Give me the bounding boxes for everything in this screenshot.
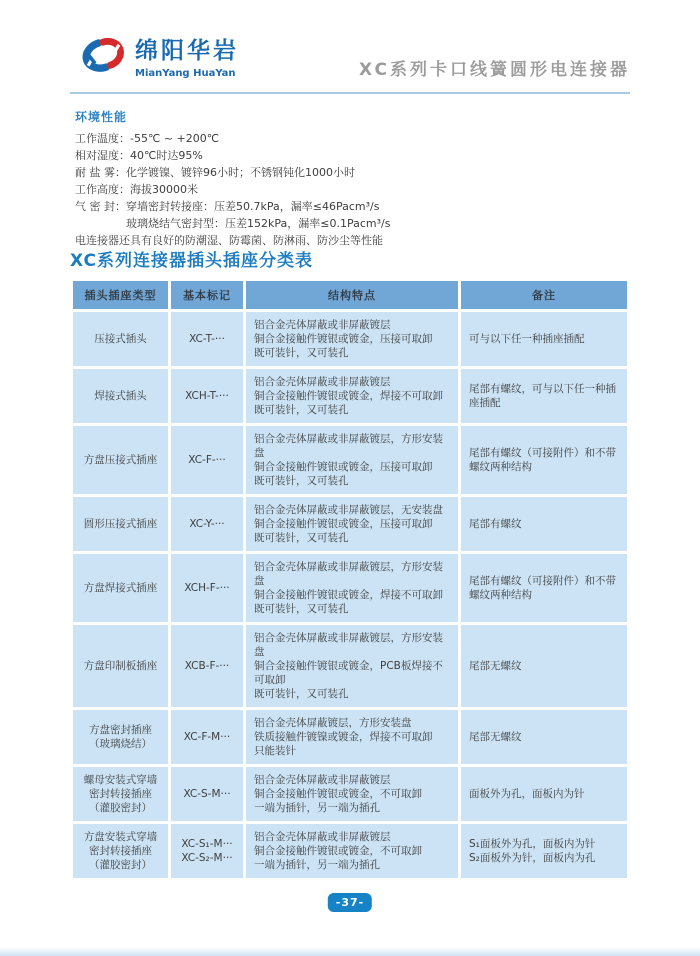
cell-features: 铝合金壳体屏蔽镀层，方形安装盘 铁质接触件镀镍或镀金，焊接不可取卸 只能装针 (246, 710, 458, 764)
cell-code: XC-F-M··· (171, 710, 243, 764)
cell-features: 铝合金壳体屏蔽或非屏蔽镀层，方形安装盘 铜合金接触件镀银或镀金，PCB板焊接不可… (246, 625, 458, 707)
spec-label: 工作高度： (75, 181, 130, 198)
cell-notes: 尾部有螺纹 (461, 497, 627, 551)
cell-code: XCH-T-··· (171, 369, 243, 423)
table-row: 方盘安装式穿墙 密封转接插座 （灌胶密封）XC-S₁-M··· XC-S₂-M·… (73, 824, 627, 878)
cell-code: XC-F-··· (171, 426, 243, 494)
cell-notes: 可与以下任一种插座插配 (461, 312, 627, 366)
spec-label: 气 密 封： (75, 198, 126, 232)
cell-features: 铝合金壳体屏蔽或非屏蔽镀层，方形安装盘 铜合金接触件镀银或镀金，压接可取卸 既可… (246, 426, 458, 494)
cell-type: 焊接式插头 (73, 369, 168, 423)
spec-value: 穿墙密封转接座：压差50.7kPa，漏率≤46Pacm³/s 玻璃烧结气密封型：… (126, 198, 390, 232)
cell-code: XCB-F-··· (171, 625, 243, 707)
cell-type: 方盘印制板插座 (73, 625, 168, 707)
cell-type: 圆形压接式插座 (73, 497, 168, 551)
table-header-row: 插头插座类型 基本标记 结构特点 备注 (73, 281, 627, 309)
table-row: 方盘焊接式插座XCH-F-···铝合金壳体屏蔽或非屏蔽镀层，方形安装盘 铜合金接… (73, 554, 627, 622)
cell-features: 铝合金壳体屏蔽或非屏蔽镀层 铜合金接触件镀银或镀金，焊接不可取卸 既可装针，又可… (246, 369, 458, 423)
brand-name-cn: 绵阳华岩 (135, 39, 239, 64)
cell-code: XC-S-M··· (171, 767, 243, 821)
cell-type: 方盘安装式穿墙 密封转接插座 （灌胶密封） (73, 824, 168, 878)
catalog-page: 绵阳华岩 MianYang HuaYan XC系列卡口线簧圆形电连接器 环境性能… (0, 0, 700, 956)
classification-table-title: XC系列连接器插头插座分类表 (70, 246, 313, 271)
table-row: 压接式插头XC-T-···铝合金壳体屏蔽或非屏蔽镀层 铜合金接触件镀银或镀金，压… (73, 312, 627, 366)
brand-name-en: MianYang HuaYan (135, 68, 239, 79)
col-header-type: 插头插座类型 (73, 281, 168, 309)
spec-label: 工作温度： (75, 130, 130, 147)
cell-features: 铝合金壳体屏蔽或非屏蔽镀层 铜合金接触件镀银或镀金，不可取卸 一端为插针，另一端… (246, 767, 458, 821)
spec-line: 耐 盐 雾：化学镀镍、镀锌96小时；不锈钢钝化1000小时 (75, 164, 630, 181)
cell-code: XC-S₁-M··· XC-S₂-M··· (171, 824, 243, 878)
cell-features: 铝合金壳体屏蔽或非屏蔽镀层，无安装盘 铜合金接触件镀银或镀金，压接可取卸 既可装… (246, 497, 458, 551)
spec-value: -55℃ ~ +200℃ (130, 130, 219, 147)
document-title: XC系列卡口线簧圆形电连接器 (359, 55, 630, 84)
spec-label: 耐 盐 雾： (75, 164, 126, 181)
cell-notes: 尾部无螺纹 (461, 710, 627, 764)
cell-type: 方盘压接式插座 (73, 426, 168, 494)
cell-type: 方盘焊接式插座 (73, 554, 168, 622)
classification-table-body: 压接式插头XC-T-···铝合金壳体屏蔽或非屏蔽镀层 铜合金接触件镀银或镀金，压… (73, 312, 627, 878)
spec-line: 气 密 封：穿墙密封转接座：压差50.7kPa，漏率≤46Pacm³/s 玻璃烧… (75, 198, 630, 232)
spec-lines: 工作温度：-55℃ ~ +200℃相对湿度：40℃时达95%耐 盐 雾：化学镀镍… (75, 130, 630, 249)
specs-heading: 环境性能 (75, 108, 630, 125)
cell-notes: 面板外为孔，面板内为针 (461, 767, 627, 821)
cell-notes: 尾部有螺纹（可接附件）和不带螺纹两种结构 (461, 426, 627, 494)
table-row: 螺母安装式穿墙 密封转接插座 （灌胶密封）XC-S-M···铝合金壳体屏蔽或非屏… (73, 767, 627, 821)
spec-label: 相对湿度： (75, 147, 130, 164)
table-row: 方盘密封插座 （玻璃烧结）XC-F-M···铝合金壳体屏蔽镀层，方形安装盘 铁质… (73, 710, 627, 764)
cell-notes: 尾部无螺纹 (461, 625, 627, 707)
page-header: 绵阳华岩 MianYang HuaYan XC系列卡口线簧圆形电连接器 (70, 28, 630, 94)
brand-text: 绵阳华岩 MianYang HuaYan (135, 39, 239, 78)
classification-table: 插头插座类型 基本标记 结构特点 备注 压接式插头XC-T-···铝合金壳体屏蔽… (70, 278, 630, 881)
spec-line: 工作高度：海拔30000米 (75, 181, 630, 198)
cell-notes: S₁面板外为孔，面板内为针 S₂面板外为针，面板内为孔 (461, 824, 627, 878)
cell-notes: 尾部有螺纹，可与以下任一种插座插配 (461, 369, 627, 423)
cell-type: 螺母安装式穿墙 密封转接插座 （灌胶密封） (73, 767, 168, 821)
bottom-decorative-strip (0, 947, 700, 956)
cell-features: 铝合金壳体屏蔽或非屏蔽镀层，方形安装盘 铜合金接触件镀银或镀金，焊接不可取卸 既… (246, 554, 458, 622)
page-number-badge: -37- (328, 893, 372, 912)
col-header-features: 结构特点 (246, 281, 458, 309)
col-header-code: 基本标记 (171, 281, 243, 309)
table-row: 方盘压接式插座XC-F-···铝合金壳体屏蔽或非屏蔽镀层，方形安装盘 铜合金接触… (73, 426, 627, 494)
cell-notes: 尾部有螺纹（可接附件）和不带螺纹两种结构 (461, 554, 627, 622)
cell-features: 铝合金壳体屏蔽或非屏蔽镀层 铜合金接触件镀银或镀金，压接可取卸 既可装针，又可装… (246, 312, 458, 366)
table-row: 圆形压接式插座XC-Y-···铝合金壳体屏蔽或非屏蔽镀层，无安装盘 铜合金接触件… (73, 497, 627, 551)
spec-line: 相对湿度：40℃时达95% (75, 147, 630, 164)
classification-table-head: 插头插座类型 基本标记 结构特点 备注 (73, 281, 627, 309)
cell-code: XC-Y-··· (171, 497, 243, 551)
table-row: 方盘印制板插座XCB-F-···铝合金壳体屏蔽或非屏蔽镀层，方形安装盘 铜合金接… (73, 625, 627, 707)
environment-specs-section: 环境性能 工作温度：-55℃ ~ +200℃相对湿度：40℃时达95%耐 盐 雾… (75, 108, 630, 249)
spec-value: 化学镀镍、镀锌96小时；不锈钢钝化1000小时 (126, 164, 355, 181)
cell-code: XCH-F-··· (171, 554, 243, 622)
company-logo-icon (70, 34, 128, 84)
cell-code: XC-T-··· (171, 312, 243, 366)
spec-value: 海拔30000米 (130, 181, 198, 198)
cell-type: 压接式插头 (73, 312, 168, 366)
spec-line: 工作温度：-55℃ ~ +200℃ (75, 130, 630, 147)
col-header-notes: 备注 (461, 281, 627, 309)
table-row: 焊接式插头XCH-T-···铝合金壳体屏蔽或非屏蔽镀层 铜合金接触件镀银或镀金，… (73, 369, 627, 423)
cell-type: 方盘密封插座 （玻璃烧结） (73, 710, 168, 764)
brand-logo: 绵阳华岩 MianYang HuaYan (70, 34, 239, 84)
spec-value: 40℃时达95% (130, 147, 203, 164)
cell-features: 铝合金壳体屏蔽或非屏蔽镀层 铜合金接触件镀银或镀金，不可取卸 一端为插针，另一端… (246, 824, 458, 878)
